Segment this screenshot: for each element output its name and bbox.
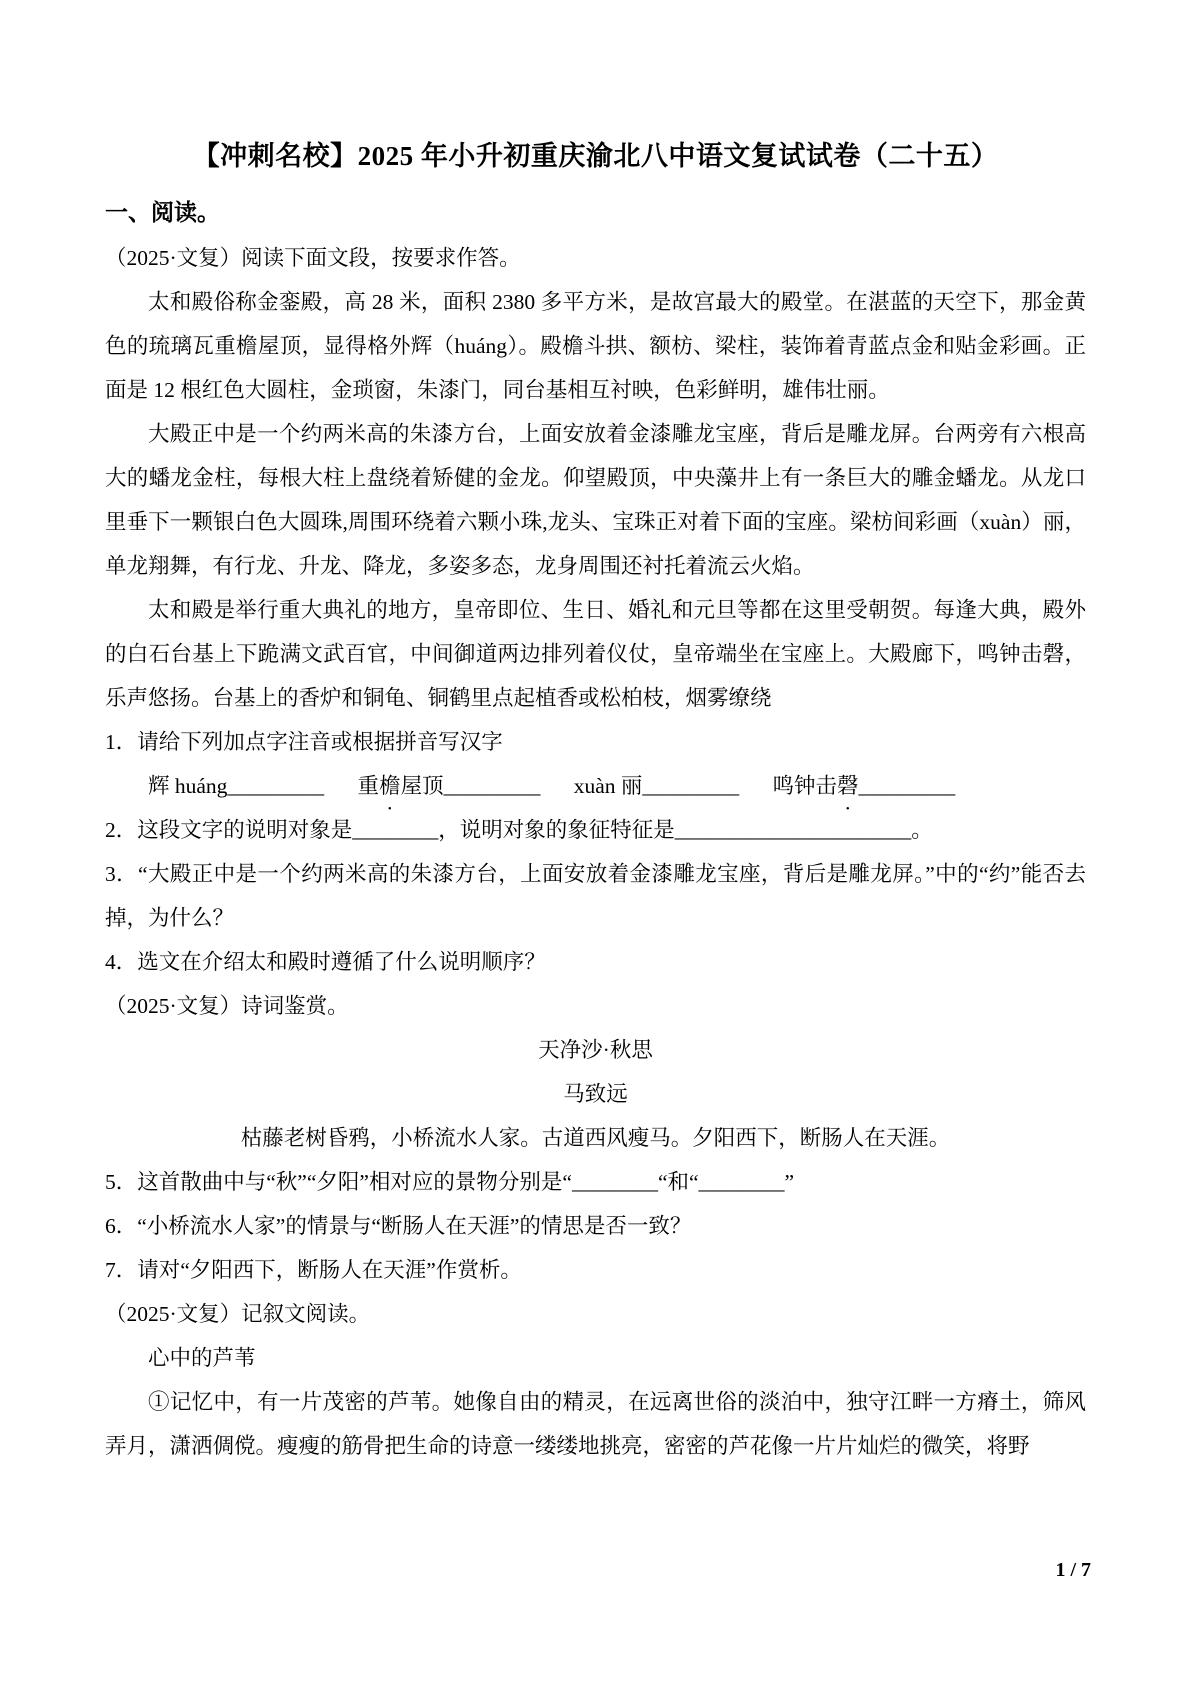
reading-1-paragraph-2: 大殿正中是一个约两米高的朱漆方台，上面安放着金漆雕龙宝座，背后是雕龙屏。台两旁有… (105, 412, 1086, 588)
pinyin-item-qing-pre: 鸣钟击 (773, 774, 838, 798)
reading-1-intro: （2025·文复）阅读下面文段，按要求作答。 (105, 236, 1086, 280)
reading-1-paragraph-1: 太和殿俗称金銮殿，高 28 米，面积 2380 多平方米，是故宫最大的殿堂。在湛… (105, 280, 1086, 412)
question-5: 5．这首散曲中与“秋”“夕阳”相对应的景物分别是“________“和“____… (105, 1160, 1086, 1204)
pinyin-item-chongyan-pre: 重 (358, 774, 380, 798)
pinyin-item-hui-text: 辉 huáng_________ (148, 774, 324, 798)
poetry-intro: （2025·文复）诗词鉴赏。 (105, 984, 1086, 1028)
pinyin-item-chongyan: 重檐屋顶_________ (358, 764, 541, 808)
pinyin-item-chongyan-post: 屋顶_________ (401, 774, 541, 798)
page-number: 1 / 7 (1055, 1559, 1091, 1582)
pinyin-item-xuanli: xuàn 丽_________ (574, 764, 739, 808)
poem-title: 天净沙·秋思 (105, 1028, 1086, 1072)
question-1: 1．请给下列加点字注音或根据拼音写汉字 (105, 720, 1086, 764)
pinyin-item-qing-blank: _________ (859, 774, 956, 798)
question-4: 4．选文在介绍太和殿时遵循了什么说明顺序？ (105, 940, 1086, 984)
question-6: 6．“小桥流水人家”的情景与“断肠人在天涯”的情思是否一致？ (105, 1204, 1086, 1248)
reading-1-paragraph-3: 太和殿是举行重大典礼的地方，皇帝即位、生日、婚礼和元旦等都在这里受朝贺。每逢大典… (105, 588, 1086, 720)
pinyin-item-xuanli-text: xuàn 丽_________ (574, 774, 739, 798)
dotted-char-yan: 檐 (379, 764, 401, 808)
page-content: 【冲刺名校】2025 年小升初重庆渝北八中语文复试试卷（二十五） 一、阅读。 （… (105, 136, 1086, 1468)
question-3: 3．“大殿正中是一个约两米高的朱漆方台，上面安放着金漆雕龙宝座，背后是雕龙屏。”… (105, 852, 1086, 940)
page-title: 【冲刺名校】2025 年小升初重庆渝北八中语文复试试卷（二十五） (105, 136, 1086, 176)
poem-author: 马致远 (105, 1072, 1086, 1116)
dotted-char-qing: 磬 (837, 764, 859, 808)
question-2: 2．这段文字的说明对象是________，说明对象的象征特征是_________… (105, 808, 1086, 852)
essay-title: 心中的芦苇 (105, 1336, 1086, 1380)
exam-paper-page: 【冲刺名校】2025 年小升初重庆渝北八中语文复试试卷（二十五） 一、阅读。 （… (0, 0, 1191, 1684)
pinyin-item-hui: 辉 huáng_________ (148, 764, 324, 808)
poem-text: 枯藤老树昏鸦，小桥流水人家。古道西风瘦马。夕阳西下，断肠人在天涯。 (105, 1116, 1086, 1160)
narrative-intro: （2025·文复）记叙文阅读。 (105, 1292, 1086, 1336)
question-1-pinyin-line: 辉 huáng_________ 重檐屋顶_________ xuàn 丽___… (105, 764, 1086, 808)
question-7: 7．请对“夕阳西下，断肠人在天涯”作赏析。 (105, 1248, 1086, 1292)
essay-paragraph-1: ①记忆中，有一片茂密的芦苇。她像自由的精灵，在远离世俗的淡泊中，独守江畔一方瘠土… (105, 1380, 1086, 1468)
section-1-heading: 一、阅读。 (105, 190, 1086, 236)
pinyin-item-mingzhongjiqing: 鸣钟击磬_________ (773, 764, 956, 808)
